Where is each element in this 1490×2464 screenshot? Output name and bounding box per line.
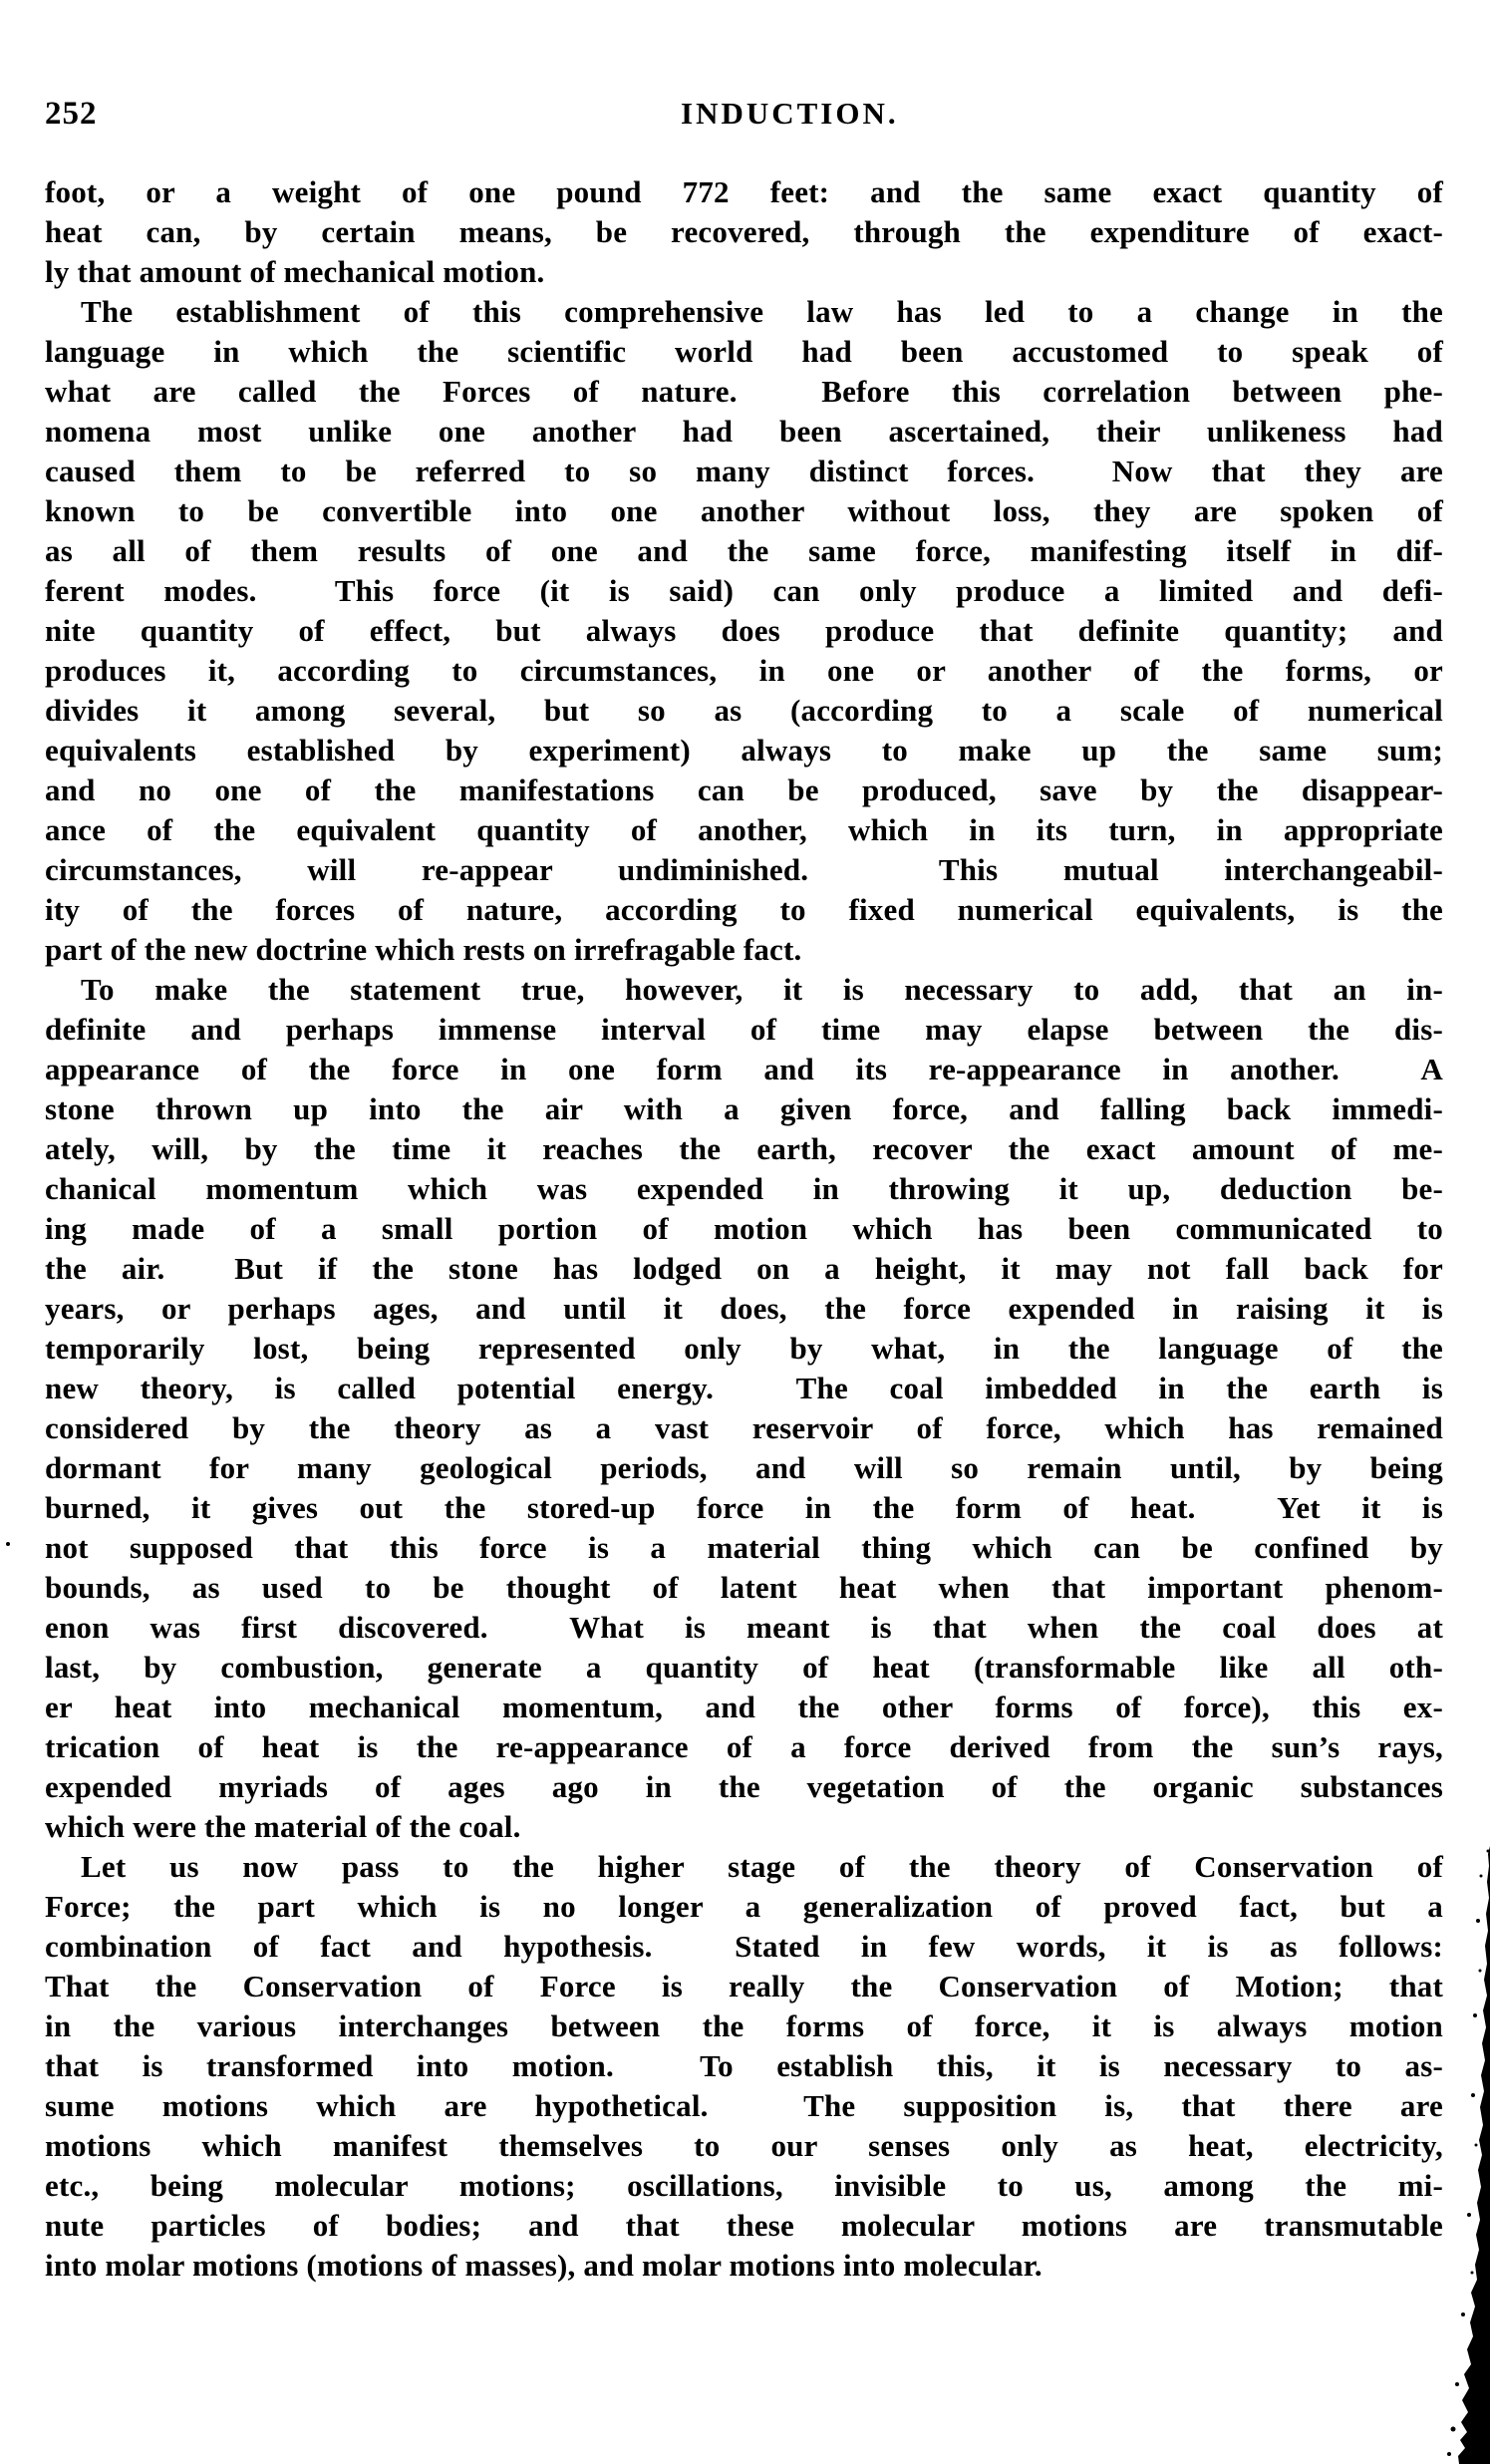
text-line: ity of the forces of nature, according t… [45, 890, 1443, 930]
text-line: motions which manifest themselves to our… [45, 2126, 1443, 2166]
text-line: equivalents established by experiment) a… [45, 731, 1443, 770]
text-line: temporarily lost, being represented only… [45, 1329, 1443, 1369]
text-line: ferent modes. This force (it is said) ca… [45, 571, 1443, 611]
text-line: nomena most unlike one another had been … [45, 412, 1443, 452]
text-line: which were the material of the coal. [45, 1807, 1443, 1847]
text-line: ly that amount of mechanical motion. [45, 252, 1443, 292]
text-line: and no one of the manifestations can be … [45, 770, 1443, 810]
text-line: ance of the equivalent quantity of anoth… [45, 810, 1443, 850]
text-line: part of the new doctrine which rests on … [45, 930, 1443, 970]
text-line: Force; the part which is no longer a gen… [45, 1887, 1443, 1927]
text-line: circumstances, will re-appear undiminish… [45, 850, 1443, 890]
scan-artifact-right-edge [1445, 1846, 1490, 2464]
paragraph: foot, or a weight of one pound 772 feet:… [45, 172, 1443, 292]
text-line: nute particles of bodies; and that these… [45, 2206, 1443, 2246]
text-line: what are called the Forces of nature. Be… [45, 372, 1443, 412]
text-line: That the Conservation of Force is really… [45, 1967, 1443, 2006]
text-line: To make the statement true, however, it … [45, 970, 1443, 1010]
text-line: produces it, according to circumstances,… [45, 651, 1443, 691]
text-line: dormant for many geological periods, and… [45, 1448, 1443, 1488]
text-line: years, or perhaps ages, and until it doe… [45, 1289, 1443, 1329]
text-line: expended myriads of ages ago in the vege… [45, 1767, 1443, 1807]
text-line: that is transformed into motion. To esta… [45, 2046, 1443, 2086]
text-line: burned, it gives out the stored-up force… [45, 1488, 1443, 1528]
scanned-page: 252 INDUCTION. foot, or a weight of one … [0, 0, 1490, 2464]
text-line: known to be convertible into one another… [45, 491, 1443, 531]
running-header-title: INDUCTION. [681, 96, 899, 132]
text-line: ately, will, by the time it reaches the … [45, 1129, 1443, 1169]
text-line: last, by combustion, generate a quantity… [45, 1648, 1443, 1688]
text-line: er heat into mechanical momentum, and th… [45, 1688, 1443, 1727]
text-line: as all of them results of one and the sa… [45, 531, 1443, 571]
text-line: Let us now pass to the higher stage of t… [45, 1847, 1443, 1887]
text-line: the air. But if the stone has lodged on … [45, 1249, 1443, 1289]
paragraph: To make the statement true, however, it … [45, 970, 1443, 1847]
body-text-block: foot, or a weight of one pound 772 feet:… [45, 172, 1443, 2286]
text-line: considered by the theory as a vast reser… [45, 1408, 1443, 1448]
text-line: definite and perhaps immense interval of… [45, 1010, 1443, 1050]
text-line: trication of heat is the re-appearance o… [45, 1727, 1443, 1767]
text-line: bounds, as used to be thought of latent … [45, 1568, 1443, 1608]
text-line: not supposed that this force is a materi… [45, 1528, 1443, 1568]
page-number: 252 [45, 96, 98, 133]
text-line: stone thrown up into the air with a give… [45, 1089, 1443, 1129]
text-line: chanical momentum which was expended in … [45, 1169, 1443, 1209]
text-line: sume motions which are hypothetical. The… [45, 2086, 1443, 2126]
paragraph: The establishment of this comprehensive … [45, 292, 1443, 970]
paragraph: Let us now pass to the higher stage of t… [45, 1847, 1443, 2286]
text-line: new theory, is called potential energy. … [45, 1369, 1443, 1408]
text-line: caused them to be referred to so many di… [45, 452, 1443, 491]
text-line: ing made of a small portion of motion wh… [45, 1209, 1443, 1249]
text-line: into molar motions (motions of masses), … [45, 2246, 1443, 2286]
text-line: nite quantity of effect, but always does… [45, 611, 1443, 651]
text-line: enon was first discovered. What is meant… [45, 1608, 1443, 1648]
text-line: combination of fact and hypothesis. Stat… [45, 1927, 1443, 1967]
text-line: divides it among several, but so as (acc… [45, 691, 1443, 731]
text-line: The establishment of this comprehensive … [45, 292, 1443, 332]
text-line: language in which the scientific world h… [45, 332, 1443, 372]
text-line: appearance of the force in one form and … [45, 1050, 1443, 1089]
text-line: heat can, by certain means, be recovered… [45, 212, 1443, 252]
scan-speck-left-margin [6, 1542, 10, 1546]
text-line: etc., being molecular motions; oscillati… [45, 2166, 1443, 2206]
text-line: in the various interchanges between the … [45, 2006, 1443, 2046]
page-header: 252 INDUCTION. [45, 96, 1443, 136]
text-line: foot, or a weight of one pound 772 feet:… [45, 172, 1443, 212]
